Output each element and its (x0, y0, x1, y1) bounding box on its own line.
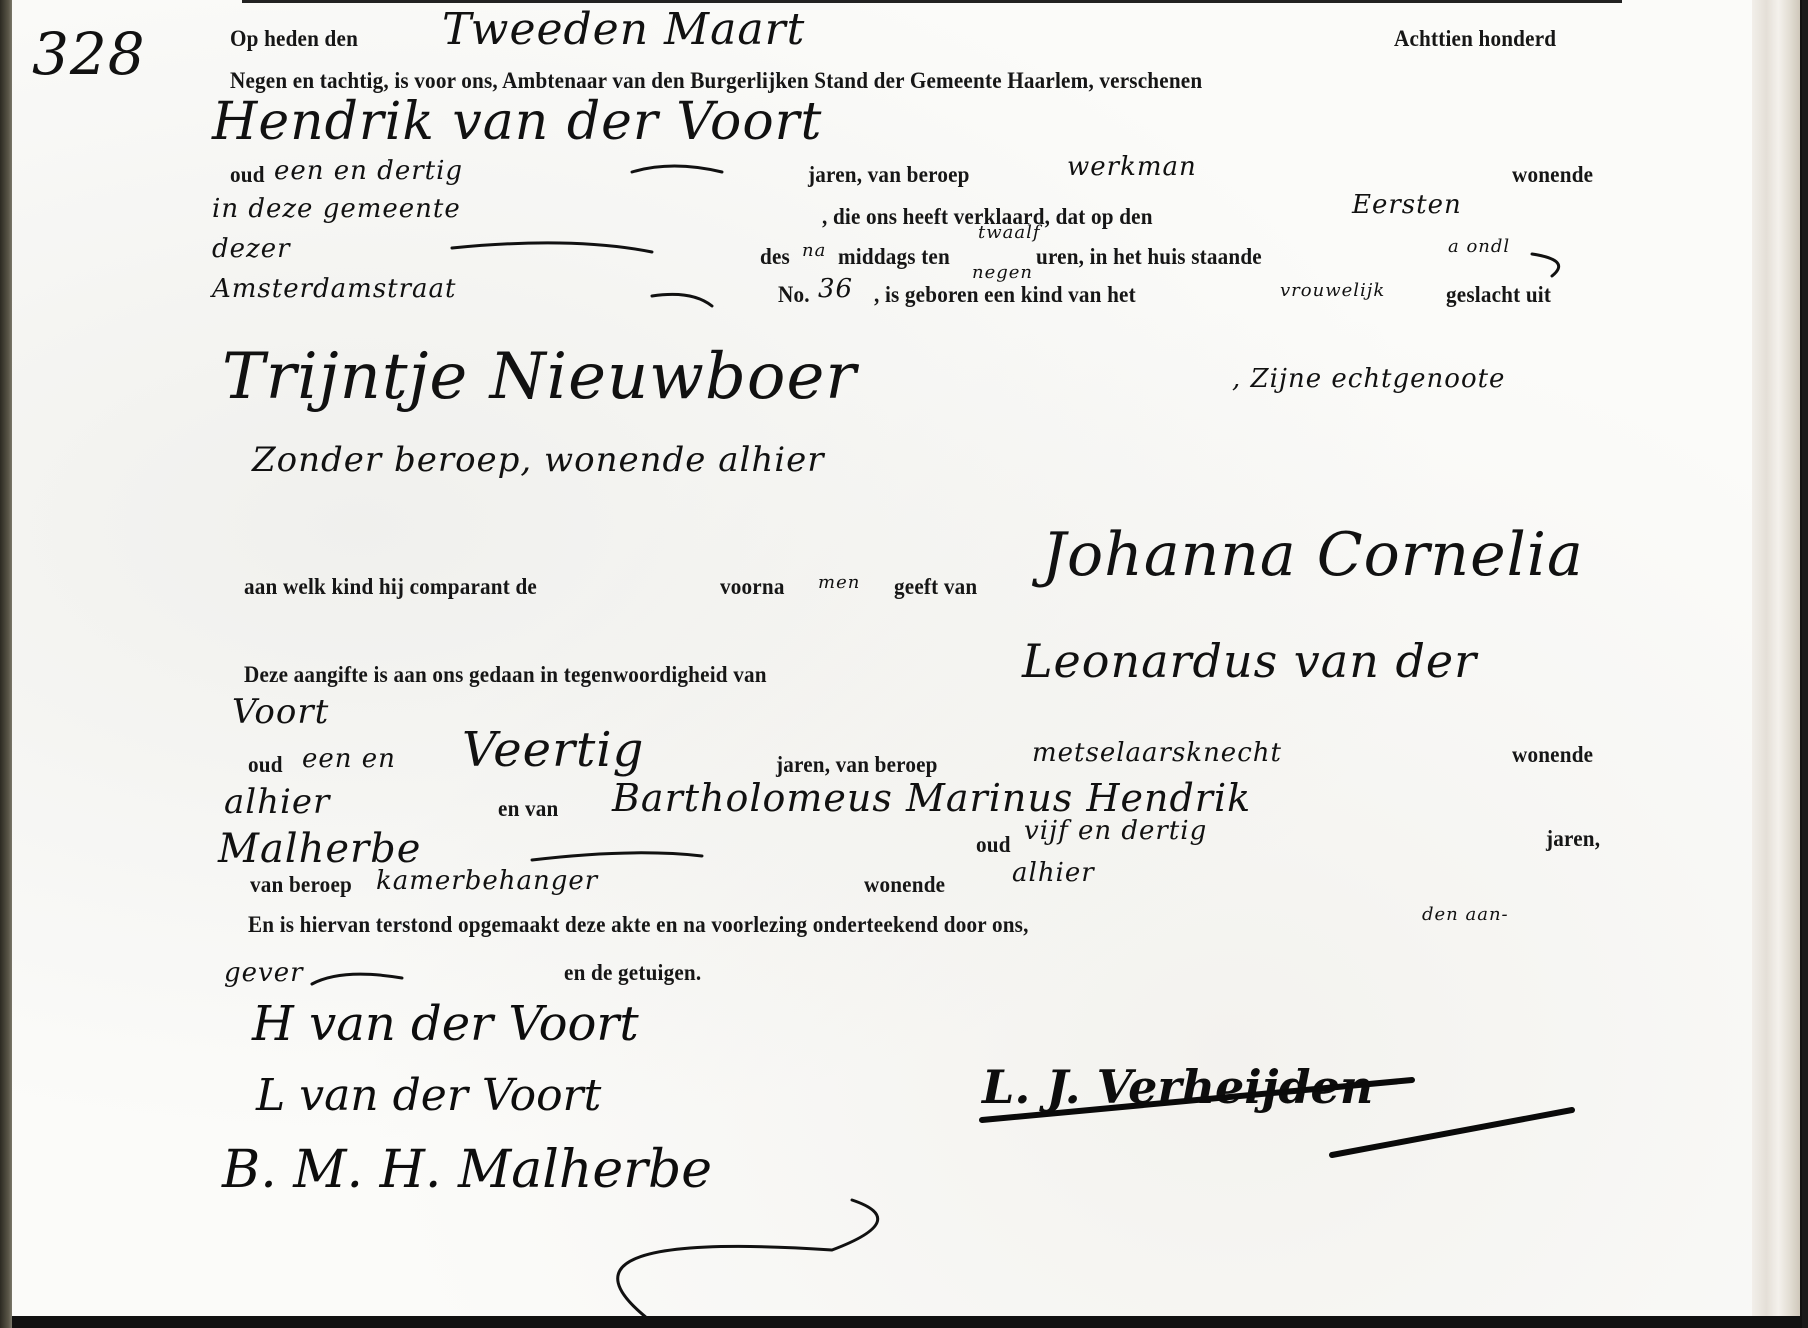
register-page: 328 Op heden den Tweeden Maart Achttien … (12, 0, 1752, 1316)
pen-flourishes (12, 0, 1752, 1316)
page-stack-edge (1752, 0, 1802, 1322)
bottom-edge (12, 1316, 1802, 1328)
